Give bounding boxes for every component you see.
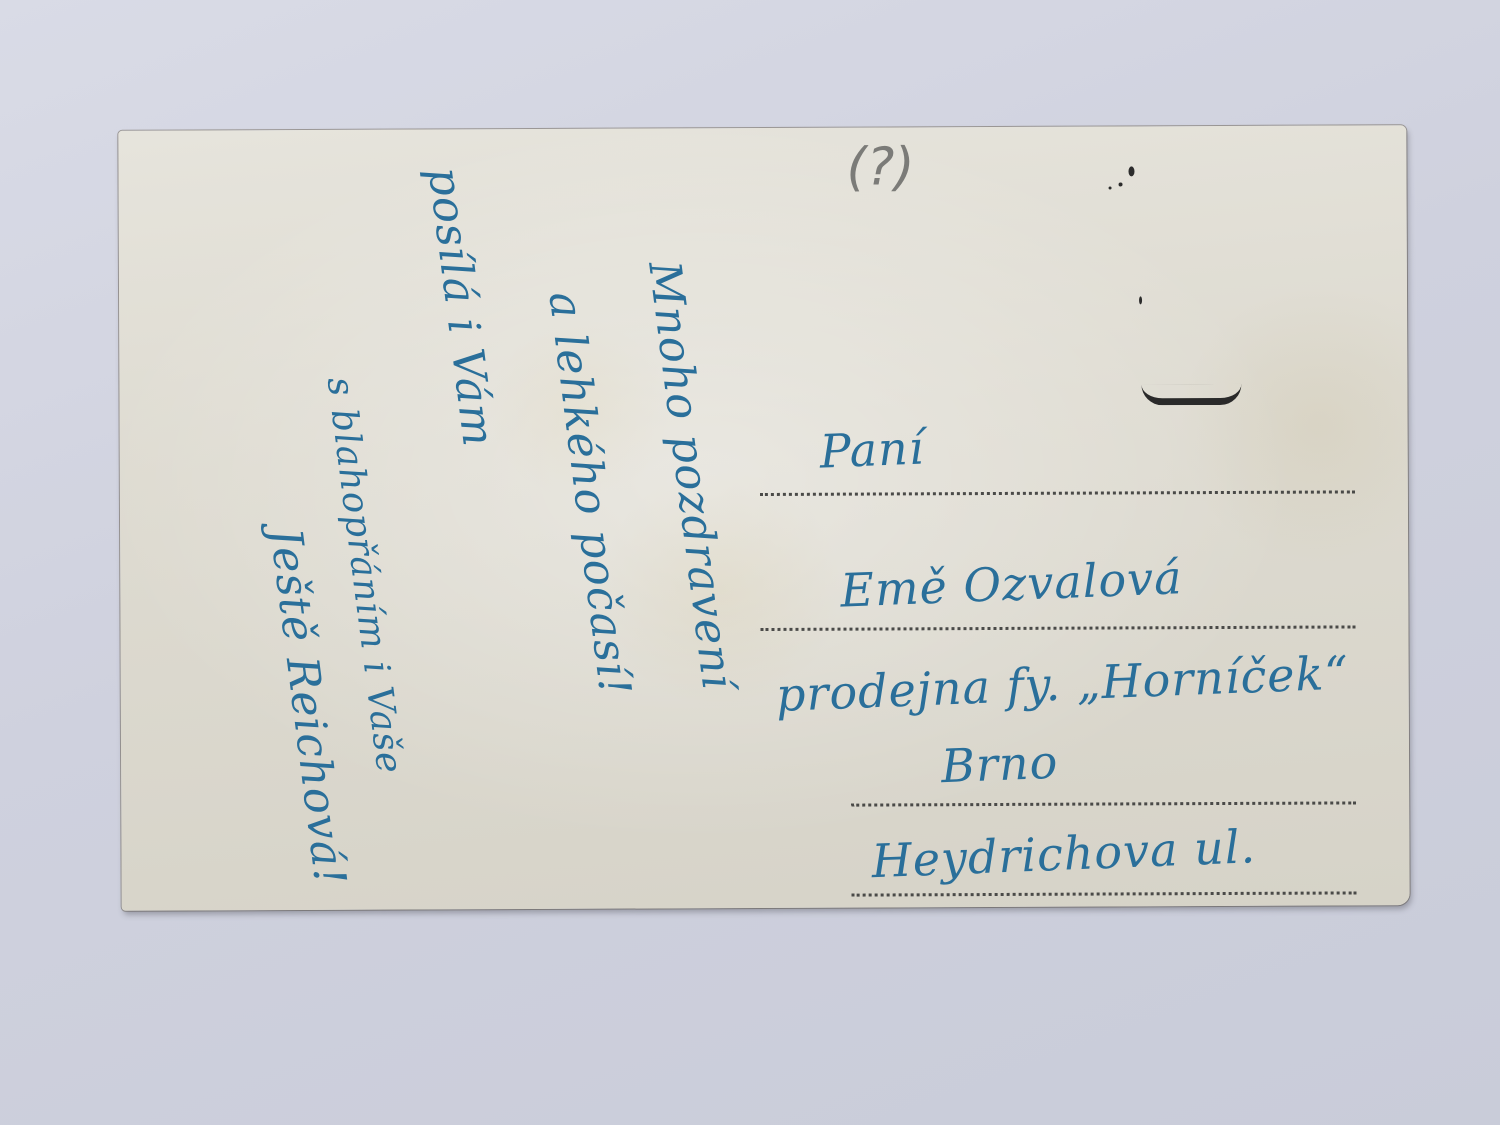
address-line-dotted <box>852 891 1357 896</box>
ink-speckle <box>1139 296 1142 304</box>
address-line-dotted <box>760 625 1355 631</box>
address-line-dotted <box>851 801 1356 806</box>
address-street: Heydrichova ul. <box>871 819 1257 888</box>
address-salutation: Paní <box>819 420 926 478</box>
postmark-smudge <box>1141 384 1241 405</box>
message-line-2: a lehkého počasí! <box>538 289 640 699</box>
address-line-dotted <box>760 490 1355 496</box>
message-line-3: posílá i Vám <box>418 164 504 450</box>
message-signature: Ještě Reichová! <box>259 525 355 889</box>
pencil-annotation: (?) <box>846 137 914 197</box>
address-city: Brno <box>940 735 1059 794</box>
ink-speckle <box>1119 182 1123 186</box>
address-line-2: prodejna fy. „Horníček“ <box>775 645 1350 721</box>
message-line-1: Mnoho pozdravení <box>638 258 743 692</box>
ink-speckle <box>1128 166 1134 176</box>
postcard-back: (?) Mnoho pozdravení a lehkého počasí! p… <box>118 125 1409 911</box>
ink-speckle <box>1109 186 1112 189</box>
address-name: Emě Ozvalová <box>839 550 1183 617</box>
